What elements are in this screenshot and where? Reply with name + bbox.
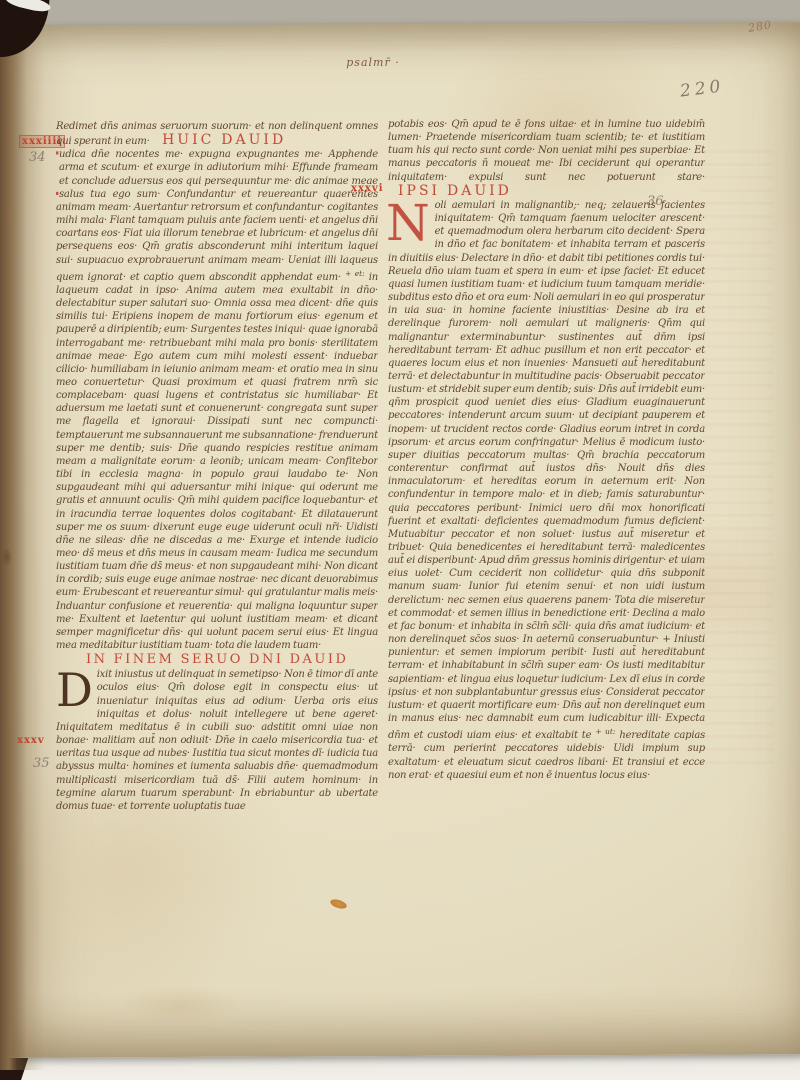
binding-edge-shadow xyxy=(0,18,44,1070)
psalm35-initial: D xyxy=(56,670,93,710)
running-title: psalmr̄ · xyxy=(298,56,448,69)
manuscript-photo: psalmr̄ · 220 280 xxxiiii 34 xxxv 35 xxx… xyxy=(0,0,800,1080)
psalm35-roman-numeral: xxxv xyxy=(17,735,45,746)
psalm34-interlinear-correction: + et: xyxy=(345,269,365,278)
psalm34-body-text-continued: in laqueum cadat in ipso· Anima autem me… xyxy=(56,272,378,651)
psalm36-body-text: oli aemulari in malignantib;· neq; zelau… xyxy=(388,200,705,741)
psalm33-ending-paragraph: Redimet dn̄s animas seruorum suorum· et … xyxy=(56,120,378,148)
psalm34-paragraph: I udica dn̄e nocentes me· expugna expugn… xyxy=(56,148,378,652)
psalm35-heading-rubric: IN FINEM SERUO DNI DAUID xyxy=(86,652,378,668)
psalm36-heading-rubric: IPSI DAUID xyxy=(398,183,512,199)
psalm35-body-text: ixit iniustus ut delinquat in semetipso·… xyxy=(56,669,378,812)
psalm35-continuation-text: potabis eos· Qm̄ apud te ē fons uitae· e… xyxy=(388,119,705,183)
psalm35-arabic-numeral: 35 xyxy=(33,756,50,771)
left-text-column: Redimet dn̄s animas seruorum suorum· et … xyxy=(56,120,378,924)
psalm34-heading-rubric: HUIC DAUID xyxy=(162,132,286,148)
psalm35-continuation-paragraph: potabis eos· Qm̄ apud te ē fons uitae· e… xyxy=(388,118,705,199)
psalm35-paragraph: D ixit iniustus ut delinquat in semetips… xyxy=(56,668,378,813)
psalm36-interlinear-correction: + ut: xyxy=(595,727,615,736)
psalm34-arabic-numeral: 34 xyxy=(29,150,46,165)
ink-showthrough xyxy=(700,150,774,770)
psalm34-body-text: udica dn̄e nocentes me· expugna expugnan… xyxy=(56,149,378,282)
right-text-column: potabis eos· Qm̄ apud te ē fons uitae· e… xyxy=(388,118,705,920)
psalm36-paragraph: N oli aemulari in malignantib;· neq; zel… xyxy=(388,199,705,782)
parchment-stain xyxy=(120,985,240,1025)
edge-mark xyxy=(2,548,12,566)
psalm36-initial: N xyxy=(388,201,430,245)
underlying-page-edge xyxy=(0,1054,800,1080)
